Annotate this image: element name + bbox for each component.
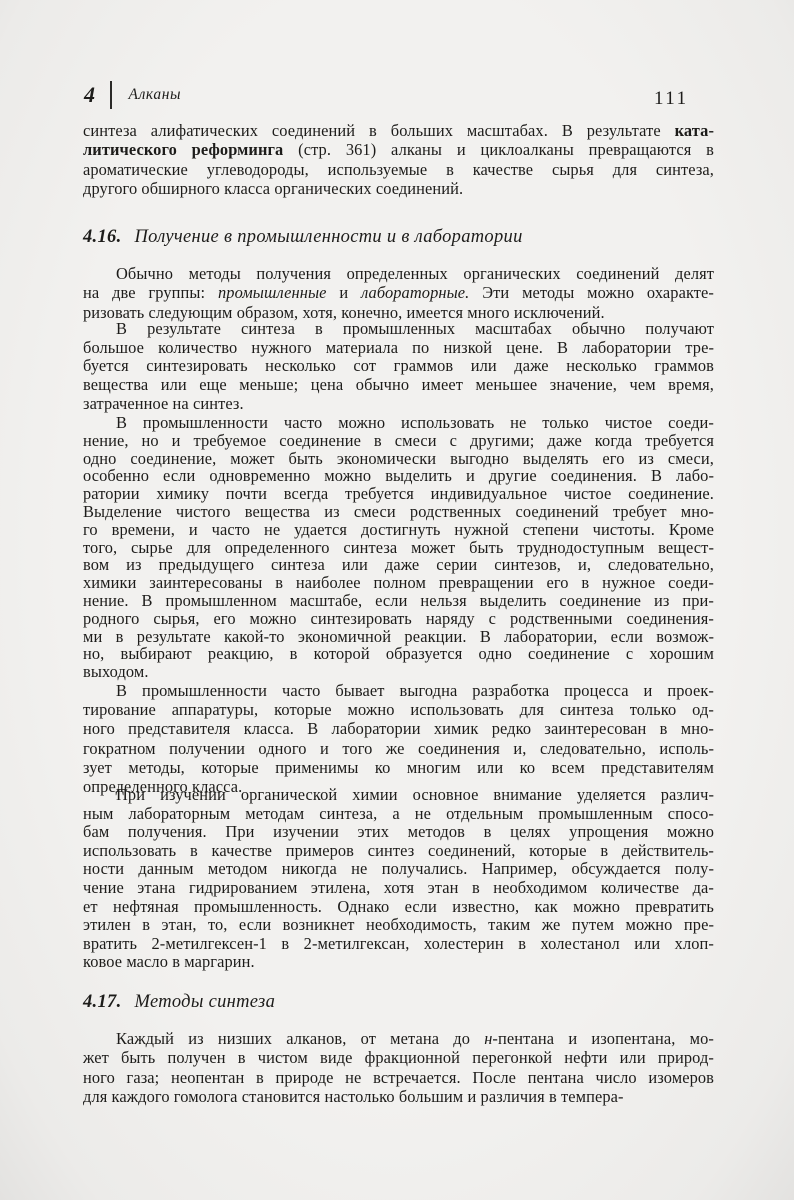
- text-segment: вещества или еще меньше; цена обычно име…: [83, 375, 714, 394]
- text-segment: для каждого гомолога становится настольк…: [83, 1087, 624, 1106]
- text-segment: Каждый из низших алканов, от метана до: [116, 1029, 484, 1048]
- text-line: ковое масло в маргарин.: [83, 953, 714, 972]
- text-line: В результате синтеза в промышленных масш…: [83, 320, 714, 339]
- text-segment: ми в результате какой-то экономичной реа…: [83, 627, 714, 646]
- text-segment: затраченное на синтез.: [83, 394, 244, 413]
- text-segment: литического реформинга: [83, 140, 283, 159]
- text-segment: (стр. 361) алканы и циклоалканы превраща…: [283, 140, 714, 159]
- text-segment: жет быть получен в чистом виде фракционн…: [83, 1048, 714, 1067]
- text-line: для каждого гомолога становится настольк…: [83, 1087, 714, 1106]
- text-segment: зует методы, которые применимы ко многим…: [83, 758, 714, 777]
- text-segment: нение. В промышленном масштабе, если нел…: [83, 591, 714, 610]
- text-line: вещества или еще меньше; цена обычно име…: [83, 376, 714, 395]
- paragraph-industrial-scale: В результате синтеза в промышленных масш…: [83, 320, 714, 414]
- text-line: жет быть получен в чистом виде фракционн…: [83, 1048, 714, 1067]
- paragraph-lab-methods: При изучении органической химии основное…: [83, 786, 714, 972]
- text-line: большое количество нужного материала по …: [83, 339, 714, 358]
- text-segment: вом из предыдущего синтеза или даже сери…: [83, 555, 714, 574]
- text-segment: одно соединение, может быть экономически…: [83, 449, 714, 468]
- text-line: В промышленности часто можно использоват…: [83, 414, 714, 432]
- text-line: другого обширного класса органических со…: [83, 179, 714, 198]
- text-line: особенно если одновременно можно выделит…: [83, 467, 714, 485]
- text-segment: промышленные: [218, 283, 327, 302]
- section-heading-4-16: 4.16.Получение в промышленности и в лабо…: [83, 227, 714, 248]
- text-segment: ет нефтяная промышленность. Однако если …: [83, 897, 714, 916]
- text-segment: ного газа; неопентан в природе не встреч…: [83, 1068, 714, 1087]
- text-segment: этилен в этан, то, если возникнет необхо…: [83, 915, 714, 934]
- text-segment: Эти методы можно охаракте-: [469, 283, 714, 302]
- text-line: гократном получении одного и того же сое…: [83, 739, 714, 758]
- paragraph-pure-compound: В промышленности часто можно использоват…: [83, 414, 714, 681]
- text-segment: большое количество нужного материала по …: [83, 338, 714, 357]
- text-segment: -пентана и изопентана, мо-: [492, 1029, 714, 1048]
- text-segment: ароматические углеводороды, используемые…: [83, 160, 714, 179]
- text-line: го времени, и часто не удается достигнут…: [83, 521, 714, 539]
- text-line: использовать в качестве примеров синтез …: [83, 842, 714, 861]
- text-segment: Выделение чистого вещества из смеси родс…: [83, 502, 714, 521]
- text-line: того, сырье для определенного синтеза мо…: [83, 539, 714, 557]
- text-segment: нение, но и требуемое соединение в смеси…: [83, 431, 714, 450]
- text-line: Обычно методы получения определенных орг…: [83, 264, 714, 283]
- section-heading-4-16-number: 4.16.: [83, 227, 122, 247]
- paragraph-two-groups: Обычно методы получения определенных орг…: [83, 264, 714, 322]
- text-segment: выходом.: [83, 662, 149, 681]
- text-segment: на две группы:: [83, 283, 218, 302]
- text-line: ного представителя класса. В лаборатории…: [83, 719, 714, 738]
- text-segment: вратить 2-метилгексен-1 в 2-метилгексан,…: [83, 934, 714, 953]
- text-line: вратить 2-метилгексен-1 в 2-метилгексан,…: [83, 935, 714, 954]
- text-line: химики заинтересованы в наиболее полном …: [83, 574, 714, 592]
- text-segment: ным лабораторным методам синтеза, а не о…: [83, 804, 714, 823]
- section-heading-4-16-title: Получение в промышленности и в лаборатор…: [135, 227, 523, 247]
- text-line: затраченное на синтез.: [83, 395, 714, 414]
- text-line: ми в результате какой-то экономичной реа…: [83, 628, 714, 646]
- text-segment: гократном получении одного и того же сое…: [83, 739, 714, 758]
- text-segment: тирование аппаратуры, которые можно испо…: [83, 700, 714, 719]
- text-segment: ного представителя класса. В лаборатории…: [83, 719, 714, 738]
- text-segment: В результате синтеза в промышленных масш…: [116, 319, 714, 338]
- section-heading-4-17-title: Методы синтеза: [135, 992, 276, 1012]
- text-line: выходом.: [83, 663, 714, 681]
- text-line: но, выбирают реакцию, в которой образует…: [83, 645, 714, 663]
- text-segment: другого обширного класса органических со…: [83, 179, 463, 198]
- text-segment: родного сырья, его можно синтезировать н…: [83, 609, 714, 628]
- text-line: тирование аппаратуры, которые можно испо…: [83, 700, 714, 719]
- text-line: зует методы, которые применимы ко многим…: [83, 758, 714, 777]
- text-line: ароматические углеводороды, используемые…: [83, 160, 714, 179]
- text-segment: химики заинтересованы в наиболее полном …: [83, 573, 714, 592]
- text-line: чение этана гидрированием этилена, хотя …: [83, 879, 714, 898]
- text-segment: ковое масло в маргарин.: [83, 952, 255, 971]
- text-line: бам получения. При изучении этих методов…: [83, 823, 714, 842]
- text-segment: того, сырье для определенного синтеза мо…: [83, 538, 714, 557]
- text-segment: ката-: [675, 121, 714, 140]
- text-line: родного сырья, его можно синтезировать н…: [83, 610, 714, 628]
- text-line: ет нефтяная промышленность. Однако если …: [83, 898, 714, 917]
- text-line: литического реформинга (стр. 361) алканы…: [83, 140, 714, 159]
- text-segment: синтеза алифатических соединений в больш…: [83, 121, 675, 140]
- paragraph-lower-alkanes: Каждый из низших алканов, от метана до н…: [83, 1029, 714, 1107]
- paragraph-process-design: В промышленности часто бывает выгодна ра…: [83, 681, 714, 796]
- text-line: В промышленности часто бывает выгодна ра…: [83, 681, 714, 700]
- text-segment: В промышленности часто бывает выгодна ра…: [116, 681, 714, 700]
- text-segment: Обычно методы получения определенных орг…: [116, 264, 714, 283]
- text-line: синтеза алифатических соединений в больш…: [83, 121, 714, 140]
- text-segment: особенно если одновременно можно выделит…: [83, 466, 714, 485]
- text-segment: В промышленности часто можно использоват…: [116, 413, 714, 432]
- text-line: вом из предыдущего синтеза или даже сери…: [83, 556, 714, 574]
- text-segment: использовать в качестве примеров синтез …: [83, 841, 714, 860]
- text-line: ратории химику почти всегда требуется ин…: [83, 485, 714, 503]
- text-line: ности данным методом никогда не получали…: [83, 860, 714, 879]
- text-column: синтеза алифатических соединений в больш…: [83, 0, 714, 1200]
- text-segment: лабораторные.: [361, 283, 469, 302]
- text-line: Выделение чистого вещества из смеси родс…: [83, 503, 714, 521]
- text-segment: буется синтезировать несколько сот грамм…: [83, 356, 714, 375]
- text-segment: чение этана гидрированием этилена, хотя …: [83, 878, 714, 897]
- text-line: нение, но и требуемое соединение в смеси…: [83, 432, 714, 450]
- text-line: Каждый из низших алканов, от метана до н…: [83, 1029, 714, 1048]
- section-heading-4-17: 4.17.Методы синтеза: [83, 992, 714, 1013]
- text-line: на две группы: промышленные и лабораторн…: [83, 283, 714, 302]
- section-heading-4-17-number: 4.17.: [83, 992, 122, 1012]
- text-segment: но, выбирают реакцию, в которой образует…: [83, 644, 714, 663]
- text-line: нение. В промышленном масштабе, если нел…: [83, 592, 714, 610]
- text-line: этилен в этан, то, если возникнет необхо…: [83, 916, 714, 935]
- text-segment: бам получения. При изучении этих методов…: [83, 822, 714, 841]
- text-segment: ности данным методом никогда не получали…: [83, 859, 714, 878]
- text-segment: При изучении органической химии основное…: [116, 785, 714, 804]
- text-line: буется синтезировать несколько сот грамм…: [83, 357, 714, 376]
- text-line: ного газа; неопентан в природе не встреч…: [83, 1068, 714, 1087]
- text-segment: го времени, и часто не удается достигнут…: [83, 520, 714, 539]
- text-segment: и: [327, 283, 362, 302]
- text-line: ным лабораторным методам синтеза, а не о…: [83, 805, 714, 824]
- text-segment: ратории химику почти всегда требуется ин…: [83, 484, 714, 503]
- text-line: одно соединение, может быть экономически…: [83, 450, 714, 468]
- text-line: При изучении органической химии основное…: [83, 786, 714, 805]
- book-page: 4 Алканы 111 синтеза алифатических соеди…: [0, 0, 794, 1200]
- paragraph-catalytic-reforming: синтеза алифатических соединений в больш…: [83, 121, 714, 198]
